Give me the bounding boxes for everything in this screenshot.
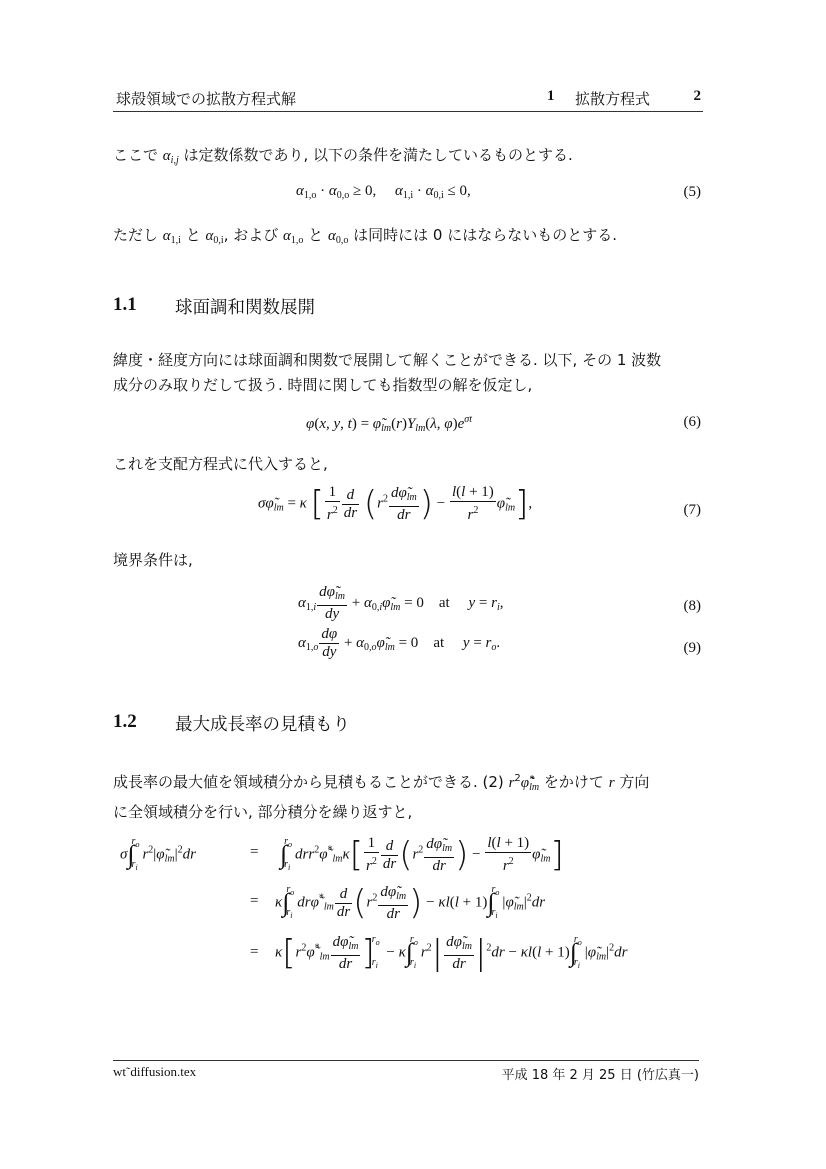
text: at: [439, 595, 450, 611]
section-number: 1.2: [113, 711, 137, 732]
math-subscript: 0,i: [434, 190, 444, 201]
equation-integral-rhs-2: κ∫roridrφ̃*lmddr(r2dφ̃lmdr) − κl(l + 1)∫…: [275, 880, 545, 926]
section-title: 球面調和関数展開: [175, 294, 315, 319]
math-subscript: 0,i: [213, 235, 223, 246]
math-subscript: 1,o: [304, 190, 317, 201]
header-section-title: 拡散方程式: [575, 88, 650, 109]
math-alpha: α: [395, 183, 403, 199]
footer-date-author: 平成 18 年 2 月 25 日 (竹広真一): [502, 1064, 699, 1083]
doc-title: 球殻領域での拡散方程式解: [116, 88, 296, 109]
equation-integral-rhs-1: ∫roridrr2φ̃*lmκ[1r2ddr(r2dφ̃lmdr) − l(l …: [280, 832, 564, 878]
text: は定数係数であり, 以下の条件を満たしているものとする.: [184, 146, 573, 164]
math-subscript: 0,o: [337, 190, 350, 201]
equation-7: σφ̃lm = κ [1r2ddr (r2dφ̃lmdr) − l(l + 1)…: [258, 484, 532, 524]
section-title: 最大成長率の見積もり: [175, 711, 350, 736]
text: ここで: [113, 146, 158, 164]
equals-sign: =: [250, 844, 258, 861]
equation-number: (7): [684, 502, 702, 519]
equation-number: (6): [684, 414, 702, 431]
text: , および: [224, 226, 279, 244]
document-page: 球殻領域での拡散方程式解 1 拡散方程式 2 ここで αi,j は定数係数であり…: [0, 0, 826, 1169]
math-alpha: α: [283, 228, 291, 244]
equation-integral-rhs-3: κ[r2φ̃*lmdφ̃lmdr]rori − κ∫rorir2|dφ̃lmdr…: [275, 930, 627, 976]
text: は同時には 0 にはならないものとする.: [353, 226, 617, 244]
text: at: [433, 635, 444, 651]
math-relation: ≥ 0,: [353, 183, 376, 199]
equation-integral-line-1: σ∫rorir2|φ̃lm|2dr: [120, 832, 196, 878]
footer-filename: wt˜diffusion.tex: [113, 1064, 196, 1079]
running-footer: wt˜diffusion.tex 平成 18 年 2 月 25 日 (竹広真一): [113, 1064, 699, 1080]
header-section-number: 1: [547, 88, 555, 105]
section-heading-1-1: 1.1 球面調和関数展開: [113, 294, 137, 316]
math-alpha: α: [296, 183, 304, 199]
paragraph-coefficients: ここで αi,j は定数係数であり, 以下の条件を満たしているものとする.: [113, 143, 703, 173]
paragraph-boundary: 境界条件は,: [113, 548, 703, 573]
equation-5: α1,o · α0,o ≥ 0, α1,i · α0,i ≤ 0,: [296, 183, 471, 201]
section-heading-1-2: 1.2 最大成長率の見積もり: [113, 711, 137, 733]
equation-9: α1,odφdy + α0,oφ̃lm = 0 at y = ro.: [298, 626, 500, 661]
equals-sign: =: [250, 893, 258, 910]
paragraph-growth-rate: 成長率の最大値を領域積分から見積もることができる. (2) r2φ̃*lm をか…: [113, 766, 703, 825]
math-operator: ·: [320, 183, 325, 199]
math-subscript: 0,o: [336, 235, 349, 246]
math-alpha: α: [163, 228, 171, 244]
text-line: 緯度・経度方向には球面調和関数で展開して解くことができる. 以下, その 1 波…: [113, 348, 703, 373]
paragraph-spherical-harmonics: 緯度・経度方向には球面調和関数で展開して解くことができる. 以下, その 1 波…: [113, 348, 703, 398]
equation-number: (9): [684, 640, 702, 657]
text: 方向: [619, 773, 649, 791]
text-line: 成分のみ取りだして扱う. 時間に関しても指数型の解を仮定し,: [113, 373, 703, 398]
running-header: 球殻領域での拡散方程式解 1 拡散方程式 2: [113, 88, 701, 110]
math-operator: ·: [417, 183, 422, 199]
math-alpha: α: [328, 228, 336, 244]
text: ただし: [113, 226, 158, 244]
equation-6: φ(x, y, t) = φ̃lm(r)Ylm(λ, φ)eσt: [306, 414, 472, 434]
math-alpha: α: [163, 148, 171, 164]
header-rule: [113, 111, 703, 112]
page-number: 2: [694, 88, 702, 105]
math-subscript: i,j: [171, 155, 179, 166]
text: 成長率の最大値を領域積分から見積もることができる. (2): [113, 773, 504, 791]
math-alpha: α: [426, 183, 434, 199]
equation-8: α1,idφ̃lmdy + α0,iφ̃lm = 0 at y = ri,: [298, 584, 503, 623]
text: をかけて: [544, 773, 604, 791]
text: と: [308, 226, 323, 244]
math-subscript: 1,i: [171, 235, 181, 246]
equals-sign: =: [250, 944, 258, 961]
equation-number: (8): [684, 598, 702, 615]
paragraph-nonzero-condition: ただし α1,i と α0,i, および α1,o と α0,o は同時には 0…: [113, 223, 703, 253]
math-subscript: 1,o: [291, 235, 304, 246]
text-line: に全領域積分を行い, 部分積分を繰り返すと,: [113, 800, 703, 825]
footer-rule: [113, 1060, 699, 1061]
math-relation: ≤ 0,: [448, 183, 471, 199]
equation-number: (5): [684, 184, 702, 201]
section-number: 1.1: [113, 294, 137, 315]
text: と: [186, 226, 201, 244]
math-subscript: 1,i: [403, 190, 413, 201]
math-alpha: α: [329, 183, 337, 199]
paragraph-substitute: これを支配方程式に代入すると,: [113, 452, 703, 477]
